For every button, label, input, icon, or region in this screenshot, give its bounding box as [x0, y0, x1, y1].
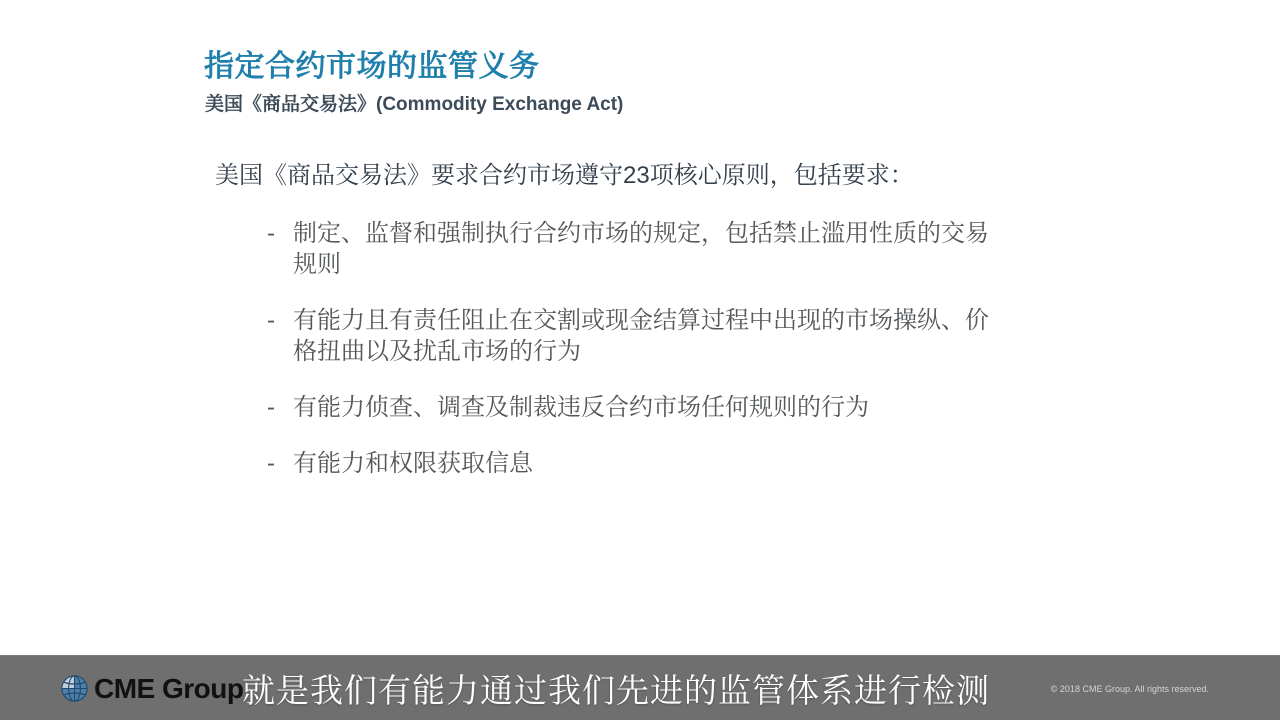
bullet-text: 有能力且有责任阻止在交割或现金结算过程中出现的市场操纵、价 格扭曲以及扰乱市场的…: [293, 305, 1037, 367]
bullet-text: 制定、监督和强制执行合约市场的规定，包括禁止滥用性质的交易 规则: [293, 218, 1037, 280]
bullet-dash: -: [267, 392, 293, 423]
bullet-item: - 有能力和权限获取信息: [267, 448, 1037, 479]
copyright-text: © 2018 CME Group. All rights reserved.: [1051, 656, 1209, 720]
slide-canvas: 指定合约市场的监管义务 美国《商品交易法》(Commodity Exchange…: [0, 0, 1280, 720]
cme-logo-text: CME Group: [94, 673, 244, 705]
bullet-text: 有能力和权限获取信息: [293, 448, 1037, 479]
bullet-list: - 制定、监督和强制执行合约市场的规定，包括禁止滥用性质的交易 规则 - 有能力…: [267, 218, 1037, 504]
intro-text: 美国《商品交易法》要求合约市场遵守23项核心原则，包括要求：: [215, 155, 914, 190]
cme-group-logo: CME Group: [61, 656, 244, 720]
bullet-dash: -: [267, 448, 293, 479]
bullet-dash: -: [267, 305, 293, 336]
bullet-item: - 有能力侦查、调查及制裁违反合约市场任何规则的行为: [267, 392, 1037, 423]
globe-icon: [61, 675, 88, 702]
page-subtitle: 美国《商品交易法》(Commodity Exchange Act): [205, 89, 623, 116]
bullet-item: - 制定、监督和强制执行合约市场的规定，包括禁止滥用性质的交易 规则: [267, 218, 1037, 280]
bullet-item: - 有能力且有责任阻止在交割或现金结算过程中出现的市场操纵、价 格扭曲以及扰乱市…: [267, 305, 1037, 367]
page-title: 指定合约市场的监管义务: [204, 41, 540, 85]
footer-bar: CME Group 就是我们有能力通过我们先进的监管体系进行检测 © 2018 …: [0, 655, 1280, 720]
video-subtitle-caption: 就是我们有能力通过我们先进的监管体系进行检测: [242, 656, 990, 720]
bullet-dash: -: [267, 218, 293, 249]
bullet-text: 有能力侦查、调查及制裁违反合约市场任何规则的行为: [293, 392, 1037, 423]
